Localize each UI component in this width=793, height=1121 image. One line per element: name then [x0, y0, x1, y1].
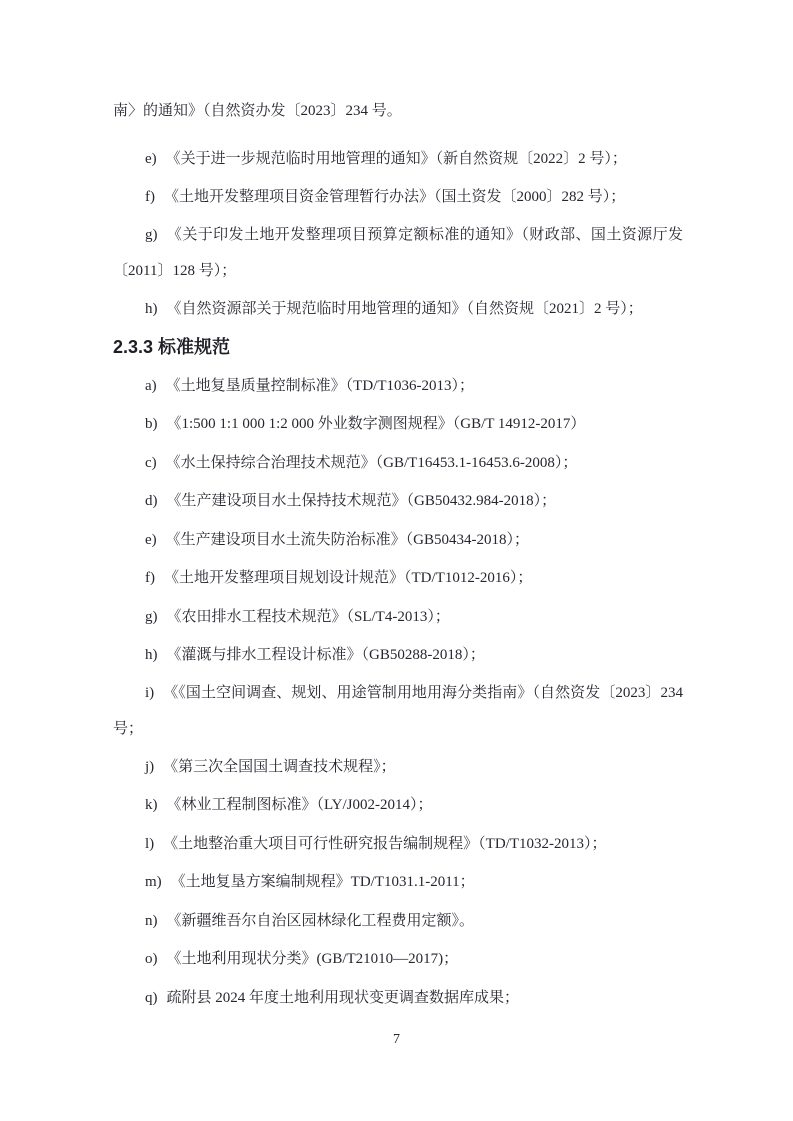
item-label: e) [145, 532, 157, 548]
list-item: i)《《国土空间调查、规划、用途管制用地用海分类指南》（自然资发〔2023〕23… [113, 675, 683, 748]
item-label: g) [145, 227, 158, 243]
item-text: 《土地开发整理项目规划设计规范》（TD/T1012-2016）； [164, 570, 532, 586]
item-label: n) [145, 913, 158, 929]
item-text: 《土地复垦质量控制标准》（TD/T1036-2013）； [166, 378, 474, 394]
item-label: h) [145, 647, 158, 663]
item-label: f) [145, 570, 155, 586]
item-line-1: g)《关于印发土地开发整理项目预算定额标准的通知》（财政部、国土资源厅发 [113, 217, 683, 254]
item-label: k) [145, 797, 158, 813]
list-item: f)《土地开发整理项目规划设计规范》（TD/T1012-2016）； [113, 559, 683, 598]
item-text: 《关于印发土地开发整理项目预算定额标准的通知》（财政部、国土资源厅发 [167, 227, 684, 243]
item-label: f) [145, 189, 155, 205]
item-text: 《生产建设项目水土保持技术规范》（GB50432.984-2018）； [167, 493, 557, 509]
list-item: a)《土地复垦质量控制标准》（TD/T1036-2013）； [113, 367, 683, 406]
item-text: 《农田排水工程技术规范》（SL/T4-2013）； [167, 609, 450, 625]
item-text: 《1:500 1:1 000 1:2 000 外业数字测图规程》（GB/T 14… [167, 416, 586, 432]
item-label: b) [145, 416, 158, 432]
list-item: c)《水土保持综合治理技术规范》（GB/T16453.1-16453.6-200… [113, 444, 683, 483]
list-item: g)《关于印发土地开发整理项目预算定额标准的通知》（财政部、国土资源厅发 〔20… [113, 217, 683, 290]
item-text: 《土地复垦方案编制规程》TD/T1031.1-2011； [171, 874, 475, 890]
item-label: a) [145, 378, 157, 394]
item-label: h) [145, 301, 158, 317]
list-item: k)《林业工程制图标准》（LY/J002-2014）； [113, 786, 683, 825]
item-text: 《灌溉与排水工程设计标准》（GB50288-2018）； [167, 647, 485, 663]
item-text: 疏附县 2024 年度土地利用现状变更调查数据库成果； [167, 990, 520, 1006]
list-item: f)《土地开发整理项目资金管理暂行办法》（国土资发〔2000〕282 号）； [113, 178, 683, 217]
list-item: d)《生产建设项目水土保持技术规范》（GB50432.984-2018）； [113, 482, 683, 521]
list-item: j)《第三次全国国土调查技术规程》； [113, 748, 683, 787]
item-label: m) [145, 874, 162, 890]
item-label: g) [145, 609, 158, 625]
item-text: 《第三次全国国土调查技术规程》； [163, 759, 396, 775]
item-label: i) [145, 685, 154, 701]
item-label: e) [145, 151, 157, 167]
item-text: 《新疆维吾尔自治区园林绿化工程费用定额》。 [167, 913, 475, 929]
list-item: n)《新疆维吾尔自治区园林绿化工程费用定额》。 [113, 902, 683, 941]
list-item: e)《生产建设项目水土流失防治标准》（GB50434-2018）； [113, 521, 683, 560]
item-text: 《生产建设项目水土流失防治标准》（GB50434-2018）； [166, 532, 529, 548]
paragraph-continuation: 南〉的通知》（自然资办发〔2023〕234 号。 [113, 92, 683, 131]
item-text: 《《国土空间调查、规划、用途管制用地用海分类指南》（自然资发〔2023〕234 [163, 685, 683, 701]
item-text: 《自然资源部关于规范临时用地管理的通知》（自然资规〔2021〕2 号）； [167, 301, 643, 317]
list-item: o)《土地利用现状分类》(GB/T21010—2017)； [113, 940, 683, 979]
page-number: 7 [0, 1031, 793, 1049]
document-page: 南〉的通知》（自然资办发〔2023〕234 号。 e)《关于进一步规范临时用地管… [0, 0, 793, 1121]
section-heading: 2.3.3 标准规范 [113, 328, 683, 367]
item-text: 《林业工程制图标准》（LY/J002-2014）； [167, 797, 433, 813]
item-text: 《土地利用现状分类》(GB/T21010—2017)； [167, 951, 459, 967]
item-label: d) [145, 493, 158, 509]
item-text: 《关于进一步规范临时用地管理的通知》（新自然资规〔2022〕2 号）； [166, 151, 627, 167]
item-label: o) [145, 951, 158, 967]
list-item: q)疏附县 2024 年度土地利用现状变更调查数据库成果； [113, 979, 683, 1018]
item-label: l) [145, 836, 154, 852]
list-item: m)《土地复垦方案编制规程》TD/T1031.1-2011； [113, 863, 683, 902]
item-text: 《土地整治重大项目可行性研究报告编制规程》（TD/T1032-2013）； [163, 836, 606, 852]
item-text: 《土地开发整理项目资金管理暂行办法》（国土资发〔2000〕282 号）； [164, 189, 625, 205]
list-item: l)《土地整治重大项目可行性研究报告编制规程》（TD/T1032-2013）； [113, 825, 683, 864]
list-item: e)《关于进一步规范临时用地管理的通知》（新自然资规〔2022〕2 号）； [113, 140, 683, 179]
item-line-2: 〔2011〕128 号）； [113, 253, 683, 290]
list-item: h)《灌溉与排水工程设计标准》（GB50288-2018）； [113, 636, 683, 675]
item-text: 《水土保持综合治理技术规范》（GB/T16453.1-16453.6-2008）… [166, 455, 578, 471]
item-label: q) [145, 990, 158, 1006]
item-line-1: i)《《国土空间调查、规划、用途管制用地用海分类指南》（自然资发〔2023〕23… [113, 675, 683, 712]
list-item: b)《1:500 1:1 000 1:2 000 外业数字测图规程》（GB/T … [113, 405, 683, 444]
list-item: g)《农田排水工程技术规范》（SL/T4-2013）； [113, 598, 683, 637]
list-item: h)《自然资源部关于规范临时用地管理的通知》（自然资规〔2021〕2 号）； [113, 290, 683, 329]
item-label: j) [145, 759, 154, 775]
item-label: c) [145, 455, 157, 471]
item-line-2: 号； [113, 711, 683, 748]
